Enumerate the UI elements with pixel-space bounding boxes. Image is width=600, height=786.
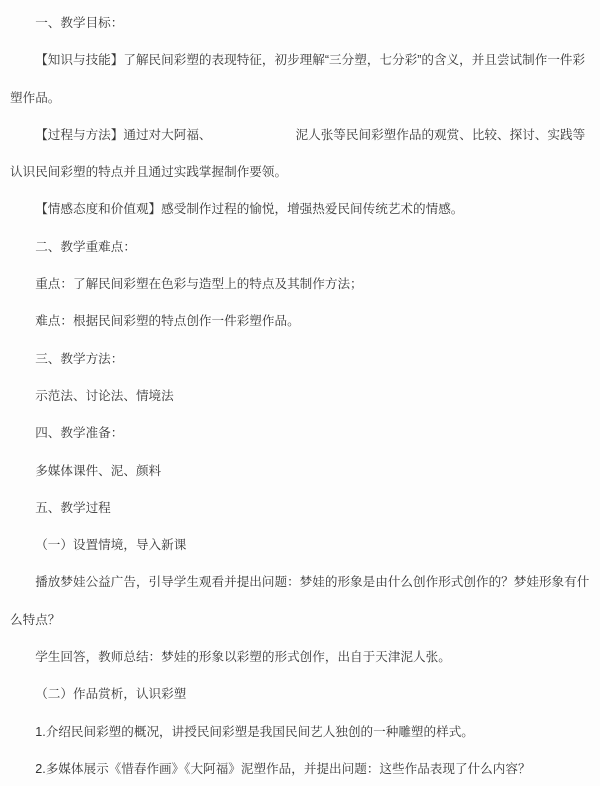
document-body: 一、教学目标：【知识与技能】了解民间彩塑的表现特征，初步理解“三分塑，七分彩”的… <box>10 5 595 786</box>
paragraph-12: 五、教学过程 <box>10 490 595 527</box>
paragraph-15: 学生回答，教师总结：梦娃的形象以彩塑的形式创作，出自于天津泥人张。 <box>10 639 595 676</box>
paragraph-5: 二、教学重难点： <box>10 229 595 266</box>
paragraph-16: （二）作品赏析，认识彩塑 <box>10 676 595 713</box>
paragraph-text-before-gap: 【过程与方法】通过对大阿福、 <box>35 128 211 142</box>
paragraph-13: （一）设置情境，导入新课 <box>10 527 595 564</box>
document-page: 一、教学目标：【知识与技能】了解民间彩塑的表现特征，初步理解“三分塑，七分彩”的… <box>0 0 600 786</box>
paragraph-1: 一、教学目标： <box>10 5 595 42</box>
paragraph-11: 多媒体课件、泥、颜料 <box>10 453 595 490</box>
paragraph-4: 【情感态度和价值观】感受制作过程的愉悦，增强热爱民间传统艺术的情感。 <box>10 191 595 228</box>
paragraph-9: 示范法、讨论法、情境法 <box>10 378 595 415</box>
paragraph-8: 三、教学方法： <box>10 341 595 378</box>
blank-gap <box>212 138 296 139</box>
paragraph-7: 难点：根据民间彩塑的特点创作一件彩塑作品。 <box>10 303 595 340</box>
paragraph-2: 【知识与技能】了解民间彩塑的表现特征，初步理解“三分塑，七分彩”的含义，并且尝试… <box>10 42 595 117</box>
paragraph-10: 四、教学准备： <box>10 415 595 452</box>
paragraph-6: 重点：了解民间彩塑在色彩与造型上的特点及其制作方法； <box>10 266 595 303</box>
paragraph-18: 2.多媒体展示《惜春作画》《大阿福》泥塑作品，并提出问题：这些作品表现了什么内容… <box>10 751 595 786</box>
paragraph-3: 【过程与方法】通过对大阿福、泥人张等民间彩塑作品的观赏、比较、探讨、实践等认识民… <box>10 117 595 192</box>
paragraph-14: 播放梦娃公益广告，引导学生观看并提出问题：梦娃的形象是由什么创作形式创作的？梦娃… <box>10 564 595 639</box>
paragraph-17: 1.介绍民间彩塑的概况，讲授民间彩塑是我国民间艺人独创的一种雕塑的样式。 <box>10 714 595 751</box>
